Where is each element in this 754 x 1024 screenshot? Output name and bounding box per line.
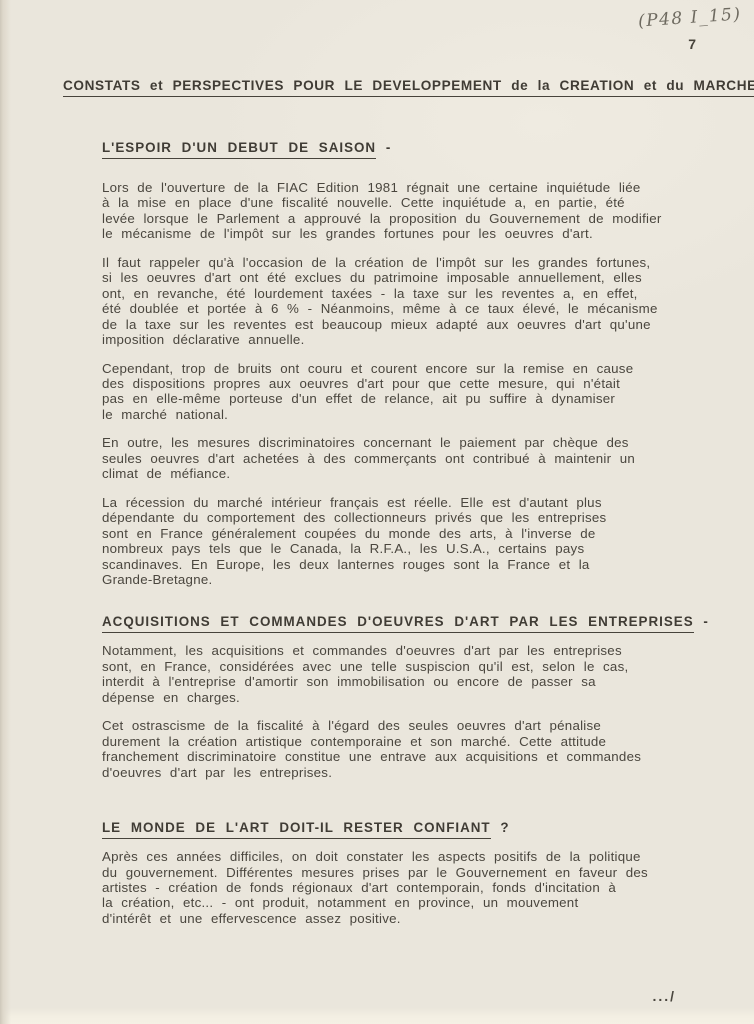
section-heading-suffix: ? [491,820,510,835]
section-monde-art-confiant: LE MONDE DE L'ART DOIT-IL RESTER CONFIAN… [102,819,702,926]
section-heading: LE MONDE DE L'ART DOIT-IL RESTER CONFIAN… [102,819,702,836]
page-number: 7 [688,36,696,52]
continuation-mark: .../ [652,988,676,1004]
paragraph: Après ces années difficiles, on doit con… [102,849,702,926]
paragraph: Notamment, les acquisitions et commandes… [102,643,702,705]
paragraph: La récession du marché intérieur françai… [102,495,702,588]
section-heading-text: L'ESPOIR D'UN DEBUT DE SAISON [102,140,376,159]
section-heading: ACQUISITIONS ET COMMANDES D'OEUVRES D'AR… [102,613,702,630]
section-heading: L'ESPOIR D'UN DEBUT DE SAISON - [102,139,702,156]
paragraph: Cependant, trop de bruits ont couru et c… [102,361,702,423]
paragraph: Cet ostrascisme de la fiscalité à l'égar… [102,718,702,780]
document-title: CONSTATS et PERSPECTIVES POUR LE DEVELOP… [63,77,738,94]
section-espoir-debut-saison: L'ESPOIR D'UN DEBUT DE SAISON - Lors de … [102,139,702,587]
section-heading-suffix: - [376,140,391,155]
section-acquisitions-entreprises: ACQUISITIONS ET COMMANDES D'OEUVRES D'AR… [102,613,702,780]
document-title-text: CONSTATS et PERSPECTIVES POUR LE DEVELOP… [63,78,754,97]
section-heading-text: LE MONDE DE L'ART DOIT-IL RESTER CONFIAN… [102,820,491,839]
document-body: L'ESPOIR D'UN DEBUT DE SAISON - Lors de … [102,101,702,939]
section-heading-text: ACQUISITIONS ET COMMANDES D'OEUVRES D'AR… [102,614,694,633]
paragraph: En outre, les mesures discriminatoires c… [102,435,702,481]
scanned-document-page: (P48 I_15) 7 CONSTATS et PERSPECTIVES PO… [0,0,754,1024]
paragraph: Lors de l'ouverture de la FIAC Edition 1… [102,180,702,242]
handwritten-annotation: (P48 I_15) [638,4,743,31]
section-heading-suffix: - [694,614,709,629]
paragraph: Il faut rappeler qu'à l'occasion de la c… [102,255,702,348]
